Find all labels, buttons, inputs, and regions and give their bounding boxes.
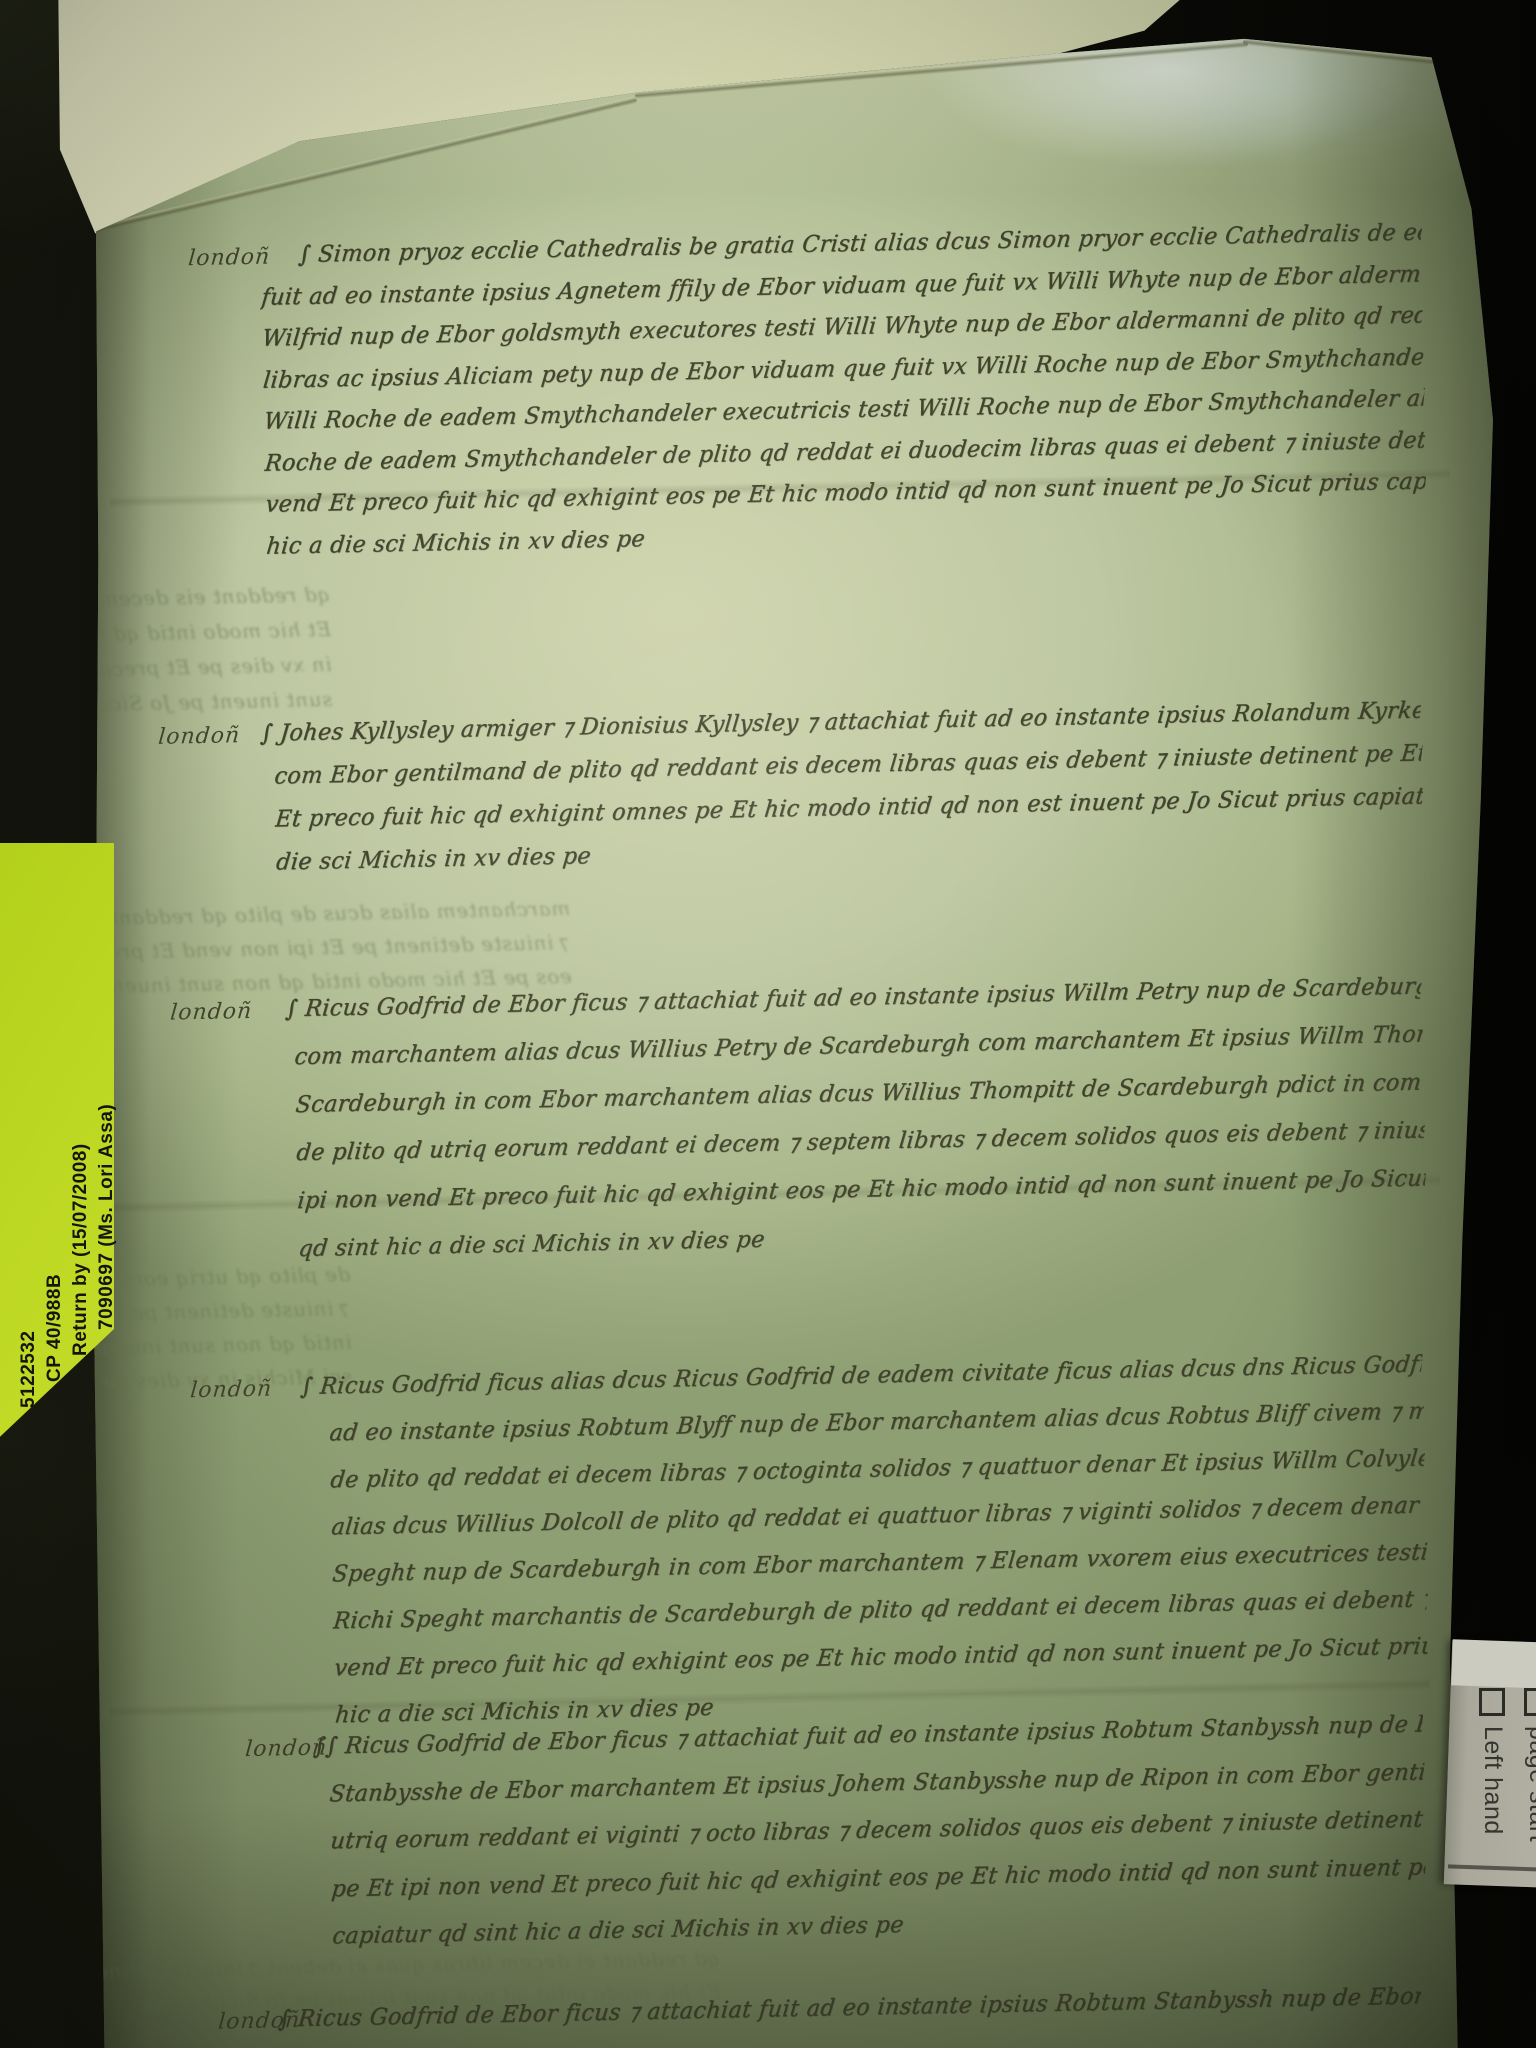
manuscript-text-line: de plito qd utriq eorum reddant ei decem… — [295, 1117, 1426, 1166]
margin-county-label: londoñ — [187, 245, 271, 272]
manuscript-text-line: ∫ Simon pryoz ecclie Cathedralis be grat… — [297, 219, 1423, 268]
manuscript-text-line: vend Et preco fuit hic qd exhigint eos p… — [333, 1633, 1430, 1681]
manuscript-text-line: pe Et ipi non vend Et preco fuit hic qd … — [330, 1854, 1427, 1902]
card-item-label: Left hand — [1478, 1726, 1507, 1835]
manuscript-text-line: Speght nup de Scardeburgh in com Ebor ma… — [331, 1539, 1428, 1587]
manuscript-text-line: fuit ad eo instante ipsius Agnetem ffily… — [260, 261, 1423, 310]
ink-showthrough-block: qd reddant eis decem libras quas eis deb… — [0, 582, 330, 606]
film-target-card-items: page startLeft hand — [1470, 1688, 1536, 1948]
photograph-of-manuscript: qd reddant eis decem libras quas eis deb… — [0, 0, 1536, 2048]
card-item-label: page start — [1523, 1726, 1536, 1842]
fold-crease — [1243, 38, 1435, 65]
manuscript-text-line: de plito qd reddat ei decem libras ⁊ oct… — [329, 1445, 1426, 1493]
sticky-note-line: CP 40/988B — [42, 888, 68, 1408]
manuscript-text-line: com marchantem alias dcus Willius Petry … — [293, 1021, 1424, 1070]
manuscript-text-line: libras ac ipsius Aliciam pety nup de Ebo… — [262, 344, 1425, 393]
manuscript-text-line: alias dcus Willius Dolcoll de plito qd r… — [330, 1492, 1427, 1540]
checkbox-icon — [1480, 1688, 1506, 1716]
manuscript-text-line: Willi Roche de eadem Smythchandeler exec… — [263, 385, 1426, 434]
margin-county-label: londoñ — [189, 1377, 273, 1404]
card-item-page-start: page start — [1515, 1688, 1536, 1948]
manuscript-text-line: Roche de eadem Smythchandeler de plito q… — [263, 427, 1426, 476]
sticky-note-line: Return by (15/07/2008) — [68, 888, 94, 1408]
sticky-note-line: 5122532 — [16, 888, 42, 1408]
film-target-card-header — [1451, 1639, 1536, 1688]
manuscript-text-line: ∫ Ricus Godfrid ficus alias dcus Ricus G… — [299, 1351, 1423, 1400]
manuscript-text-line: Stanbysshe de Ebor marchantem Et ipsius … — [328, 1759, 1425, 1807]
manuscript-text-line: ad eo instante ipsius Robtum Blyff nup d… — [328, 1398, 1425, 1446]
manuscript-text-line: Richi Speght marchantis de Scardeburgh d… — [332, 1586, 1429, 1634]
manuscript-text-line: qd sint hic a die sci Michis in xv dies … — [297, 1213, 1428, 1262]
manuscript-text-line: ipi non vend Et preco fuit hic qd exhigi… — [296, 1165, 1427, 1214]
sticky-note-text: 5122532CP 40/988BReturn by (15/07/2008)7… — [16, 888, 120, 1408]
manuscript-text-line: Wilfrid nup de Ebor goldsmyth executores… — [261, 302, 1424, 351]
manuscript-text-line: Et preco fuit hic qd exhigint omnes pe E… — [274, 783, 1424, 832]
checkbox-icon — [1525, 1688, 1536, 1716]
sticky-note-line: 7090697 (Ms. Lori Assa) — [94, 888, 120, 1408]
manuscript-text-line: die sci Michis in xv dies pe — [275, 826, 1425, 875]
margin-county-label: londoñ — [169, 999, 253, 1026]
margin-county-label: londoñ — [157, 723, 241, 750]
manuscript-text-line: utriq eorum reddant ei viginti ⁊ octo li… — [329, 1806, 1426, 1854]
manuscript-text-line: Scardeburgh in com Ebor marchantem alias… — [294, 1069, 1425, 1118]
card-item-left-hand: Left hand — [1470, 1688, 1515, 1948]
manuscript-text-line: vend Et preco fuit hic qd exhigint eos p… — [264, 468, 1427, 517]
manuscript-text-line: hic a die sci Michis in xv dies pe — [265, 510, 1428, 559]
manuscript-page: qd reddant eis decem libras quas eis deb… — [0, 0, 1536, 2048]
manuscript-text-line: capiatur qd sint hic a die sci Michis in… — [331, 1901, 1428, 1949]
manuscript-text-line: ∫ Johes Kyllysley armiger ⁊ Dionisius Ky… — [259, 697, 1422, 746]
manuscript-text-line: com Ebor gentilmand de plito qd reddant … — [273, 740, 1423, 789]
